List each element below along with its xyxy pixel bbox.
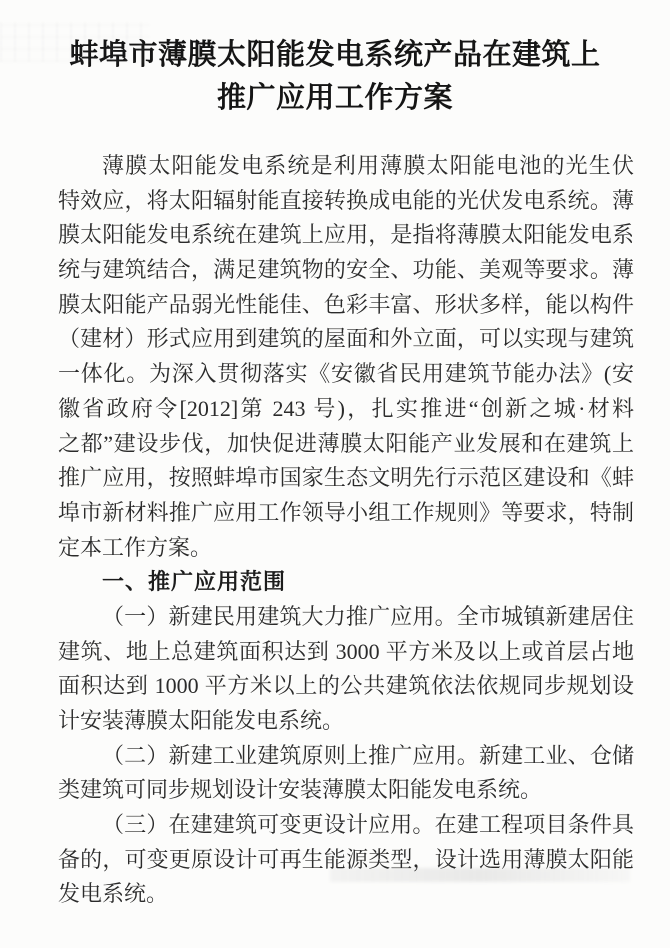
text-line: 类建筑可同步规划设计安装薄膜太阳能发电系统。: [58, 773, 634, 808]
scanned-document-page: 蚌埠市薄膜太阳能发电系统产品在建筑上 推广应用工作方案 薄膜太阳能发电系统是利用…: [0, 0, 670, 948]
text-line: 膜太阳能发电系统在建筑上应用，是指将薄膜太阳能发电系: [58, 218, 634, 253]
section-1-item-1: （一）新建民用建筑大力推广应用。全市城镇新建居住 建筑、地上总建筑面积达到 30…: [58, 600, 634, 739]
section-heading: 一、推广应用范围: [58, 565, 634, 600]
text-line: 膜太阳能产品弱光性能佳、色彩丰富、形状多样，能以构件: [58, 288, 634, 323]
text-line: 统与建筑结合，满足建筑物的安全、功能、美观等要求。薄: [58, 253, 634, 288]
text-line: 计安装薄膜太阳能发电系统。: [58, 704, 634, 739]
section-1-item-3: （三）在建建筑可变更设计应用。在建工程项目条件具 备的，可变更原设计可再生能源类…: [58, 808, 634, 912]
document-title: 蚌埠市薄膜太阳能发电系统产品在建筑上 推广应用工作方案: [20, 34, 650, 120]
document-body: 薄膜太阳能发电系统是利用薄膜太阳能电池的光生伏 特效应，将太阳辐射能直接转换成电…: [58, 149, 634, 912]
text-line: 备的，可变更原设计可再生能源类型，设计选用薄膜太阳能: [58, 843, 634, 878]
text-line: 徽省政府令[2012]第 243 号)，扎实推进“创新之城·材料: [58, 392, 634, 427]
text-line: 一体化。为深入贯彻落实《安徽省民用建筑节能办法》(安: [58, 357, 634, 392]
text-line: （一）新建民用建筑大力推广应用。全市城镇新建居住: [58, 600, 634, 635]
section-1-item-2: （二）新建工业建筑原则上推广应用。新建工业、仓储 类建筑可同步规划设计安装薄膜太…: [58, 739, 634, 808]
title-line-1: 蚌埠市薄膜太阳能发电系统产品在建筑上: [20, 34, 650, 77]
title-line-2: 推广应用工作方案: [20, 77, 650, 120]
text-line: （建材）形式应用到建筑的屋面和外立面，可以实现与建筑: [58, 322, 634, 357]
text-line: 面积达到 1000 平方米以上的公共建筑依法依规同步规划设: [58, 669, 634, 704]
text-line: （三）在建建筑可变更设计应用。在建工程项目条件具: [58, 808, 634, 843]
text-line: 特效应，将太阳辐射能直接转换成电能的光伏发电系统。薄: [58, 184, 634, 219]
text-line: 薄膜太阳能发电系统是利用薄膜太阳能电池的光生伏: [58, 149, 634, 184]
intro-paragraph: 薄膜太阳能发电系统是利用薄膜太阳能电池的光生伏 特效应，将太阳辐射能直接转换成电…: [58, 149, 634, 565]
text-line: 发电系统。: [58, 877, 634, 912]
section-1: 一、推广应用范围: [58, 565, 634, 600]
text-line: 定本工作方案。: [58, 531, 634, 566]
text-line: 建筑、地上总建筑面积达到 3000 平方米及以上或首层占地: [58, 635, 634, 670]
text-line: （二）新建工业建筑原则上推广应用。新建工业、仓储: [58, 739, 634, 774]
text-line: 埠市新材料推广应用工作领导小组工作规则》等要求，特制: [58, 496, 634, 531]
text-line: 之都”建设步伐，加快促进薄膜太阳能产业发展和在建筑上: [58, 427, 634, 462]
text-line: 推广应用，按照蚌埠市国家生态文明先行示范区建设和《蚌: [58, 461, 634, 496]
